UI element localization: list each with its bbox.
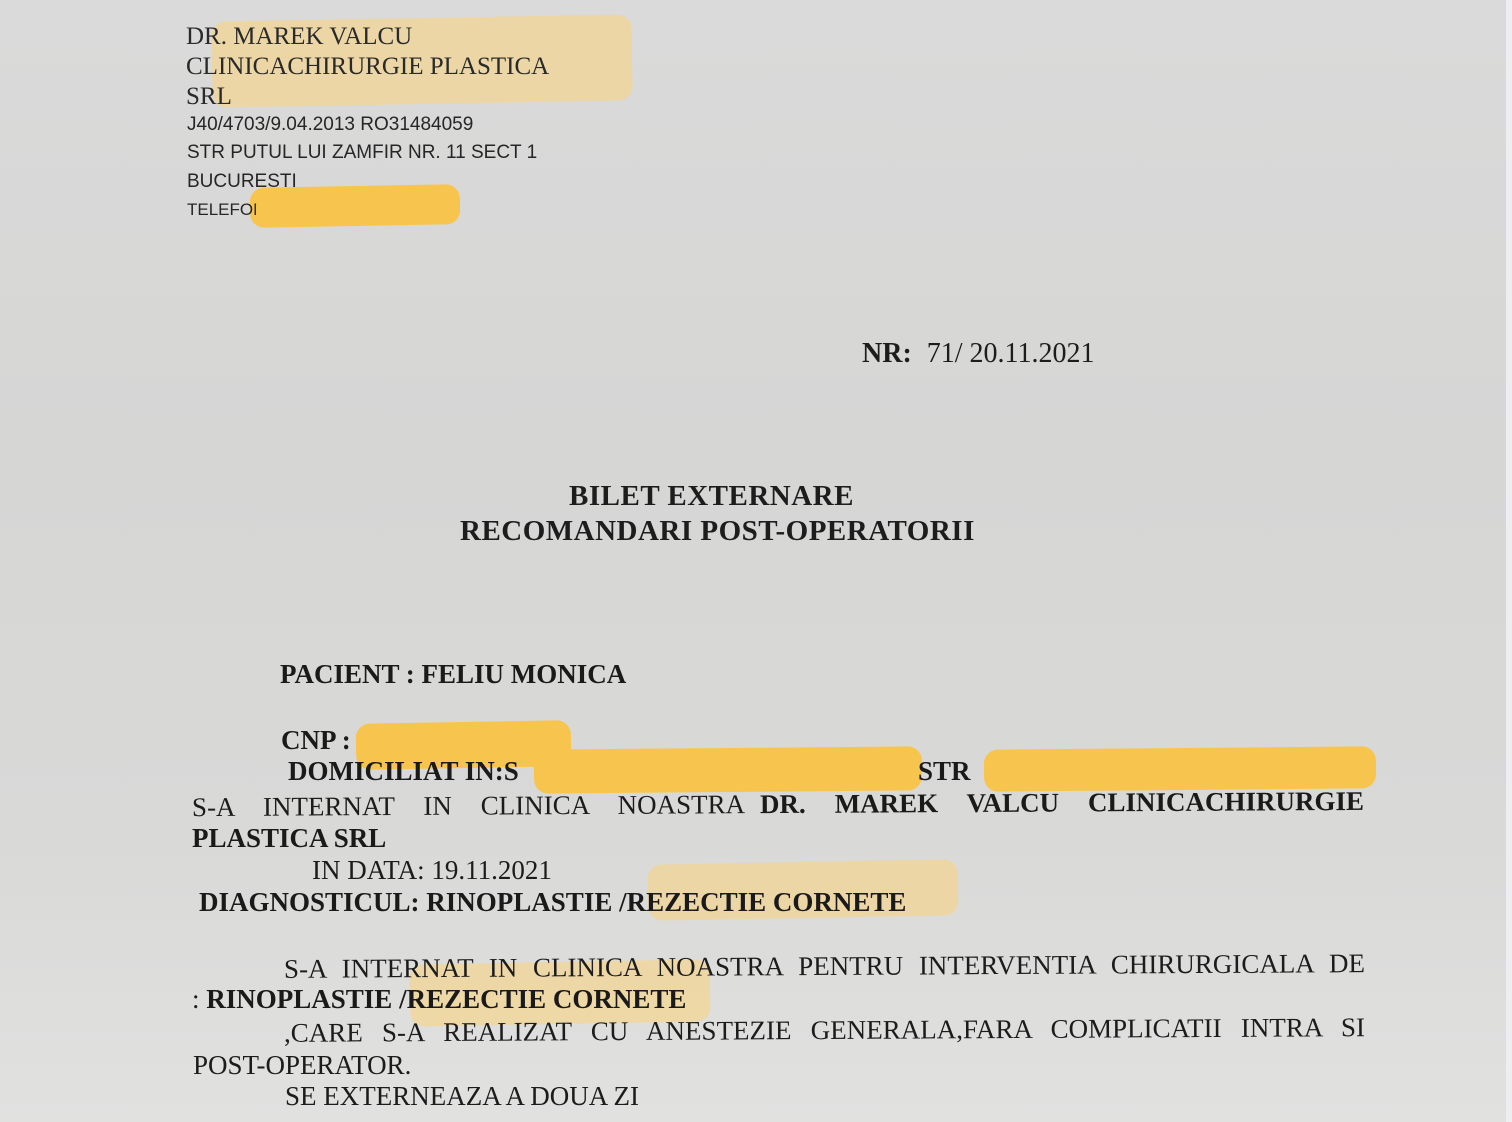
admission-date: IN DATA: 19.11.2021 (312, 857, 552, 884)
procedure-line2: : RINOPLASTIE /REZECTIE CORNETE (192, 986, 686, 1013)
diagnosis: DIAGNOSTICUL: RINOPLASTIE /REZECTIE CORN… (199, 889, 906, 916)
procedure-line1-text: S-A INTERNAT IN CLINICA NOASTRA PENTRU I… (284, 948, 1365, 984)
admission-clinic: DR. MAREK VALCU CLINICACHIRURGIE (760, 786, 1364, 819)
clinic-registration: J40/4703/9.04.2013 RO31484059 (187, 115, 473, 134)
redaction-phone-overlay (256, 188, 457, 225)
document-number-value: 71/ 20.11.2021 (927, 338, 1095, 369)
procedure-line3-text: ,CARE S-A REALIZAT CU ANESTEZIE GENERALA… (284, 1012, 1365, 1048)
street-label: STR (918, 758, 971, 785)
clinic-address: STR PUTUL LUI ZAMFIR NR. 11 SECT 1 (187, 143, 537, 162)
redaction-street (984, 746, 1376, 791)
procedure-line4: POST-OPERATOR. (193, 1052, 411, 1079)
document-number: NR: 71/ 20.11.2021 (862, 340, 1095, 368)
clinic-name-line3: SRL (186, 84, 232, 109)
clinic-city: BUCURESTI (187, 172, 297, 191)
paper-edge (1506, 0, 1512, 1122)
clinic-name-line2: CLINICACHIRURGIE PLASTICA (186, 54, 549, 79)
procedure-line5: SE EXTERNEAZA A DOUA ZI (285, 1083, 639, 1110)
admission-clinic-cont: PLASTICA SRL (192, 825, 386, 852)
clinic-name-line1: DR. MAREK VALCU (186, 24, 412, 49)
procedure-line3: ,CARE S-A REALIZAT CU ANESTEZIE GENERALA… (284, 1012, 1365, 1049)
admission-line: S-A INTERNAT IN CLINICA NOASTRA DR. MARE… (192, 786, 1364, 823)
procedure-name: RINOPLASTIE /REZECTIE CORNETE (206, 984, 686, 1014)
document-number-label: NR: (862, 338, 912, 369)
procedure-line2-prefix: : (192, 984, 206, 1014)
title-line2: RECOMANDARI POST-OPERATORII (460, 517, 975, 546)
patient-name: PACIENT : FELIU MONICA (280, 661, 626, 688)
cnp-label: CNP : (281, 727, 351, 754)
admission-text: S-A INTERNAT IN CLINICA NOASTRA (192, 789, 745, 822)
title-line1: BILET EXTERNARE (569, 482, 854, 511)
domicile-label: DOMICILIAT IN:S (288, 758, 519, 785)
redaction-domicile (534, 746, 922, 793)
procedure-line1: S-A INTERNAT IN CLINICA NOASTRA PENTRU I… (284, 948, 1365, 985)
